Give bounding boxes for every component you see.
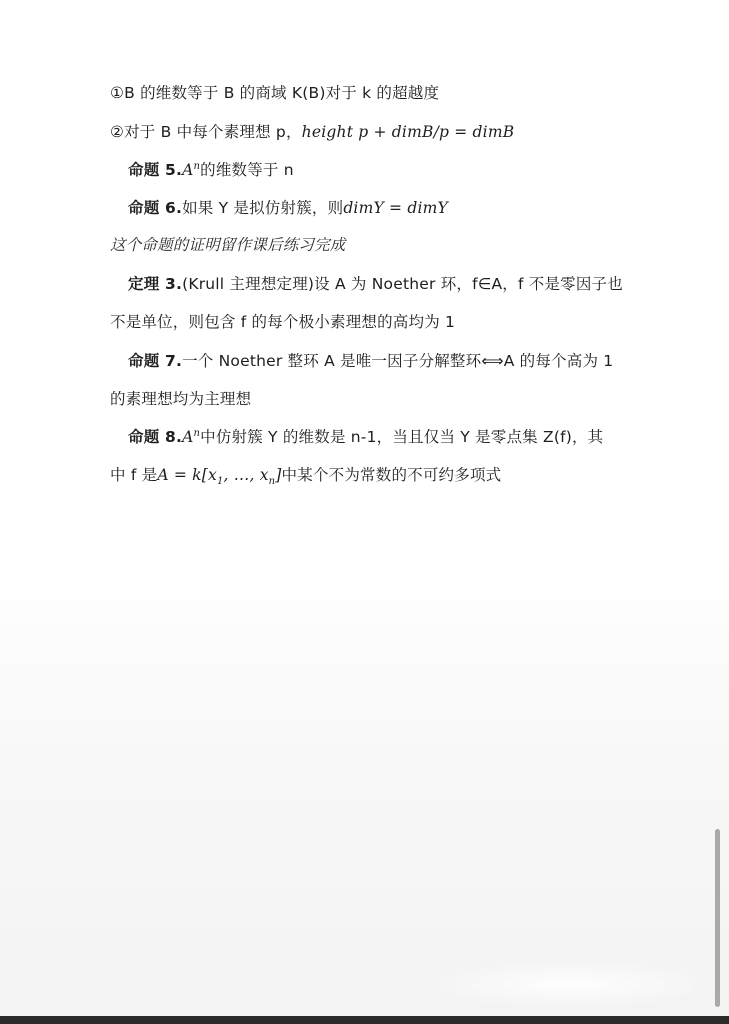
proposition-6-text: 如果 Y 是拟仿射簇，则 [182, 199, 343, 217]
proposition-5-text: 的维数等于 n [200, 161, 294, 179]
circled-two: ② [110, 123, 124, 141]
proposition-7-label: 命题 7. [128, 352, 182, 370]
proposition-8-text-pre: 中 f 是 [110, 466, 157, 484]
proposition-6-label: 命题 6. [128, 199, 182, 217]
proposition-6-formula: dimY = dimY [343, 199, 448, 217]
proposition-8-continued: 中 f 是A = k[x1, …, xn]中某个不为常数的不可约多项式 [110, 465, 501, 485]
proposition-8: 命题 8.An中仿射簇 Y 的维数是 n-1，当且仅当 Y 是零点集 Z(f)，… [128, 427, 603, 447]
proposition-6: 命题 6.如果 Y 是拟仿射簇，则dimY = dimY [128, 198, 448, 218]
proposition-7: 命题 7.一个 Noether 整环 A 是唯一因子分解整环⟺A 的每个高为 1 [128, 351, 613, 371]
theorem-3-continued: 不是单位，则包含 f 的每个极小素理想的高均为 1 [110, 312, 455, 332]
item-1: ①B 的维数等于 B 的商域 K(B)对于 k 的超越度 [110, 83, 439, 103]
proposition-7-text: 一个 Noether 整环 A 是唯一因子分解整环⟺A 的每个高为 1 [182, 352, 613, 370]
proposition-8-text: 中仿射簇 Y 的维数是 n-1，当且仅当 Y 是零点集 Z(f)，其 [200, 428, 603, 446]
exercise-note: 这个命题的证明留作课后练习完成 [110, 235, 346, 255]
proposition-5-math: An [182, 161, 200, 179]
circled-one: ① [110, 84, 124, 102]
document-page: ①B 的维数等于 B 的商域 K(B)对于 k 的超越度 ②对于 B 中每个素理… [0, 0, 729, 1010]
theorem-3: 定理 3.(Krull 主理想定理)设 A 为 Noether 环，f∈A，f … [128, 274, 623, 294]
item-2-text: 对于 B 中每个素理想 p， [124, 123, 302, 141]
item-2: ②对于 B 中每个素理想 p，height p + dimB/p = dimB [110, 122, 514, 142]
item-1-text: B 的维数等于 B 的商域 K(B)对于 k 的超越度 [124, 84, 439, 102]
theorem-3-text-2: 不是单位，则包含 f 的每个极小素理想的高均为 1 [110, 313, 455, 331]
bottom-bar [0, 1016, 729, 1024]
proposition-5-label: 命题 5. [128, 161, 182, 179]
proposition-8-label: 命题 8. [128, 428, 182, 446]
polynomial-ring-formula: A = k[x1, …, xn] [157, 466, 281, 484]
item-2-formula: height p + dimB/p = dimB [302, 123, 515, 141]
exercise-note-text: 这个命题的证明留作课后练习完成 [110, 236, 346, 254]
screen-glare [420, 960, 720, 1010]
proposition-7-text-2: 的素理想均为主理想 [110, 390, 251, 408]
proposition-8-text-post: 中某个不为常数的不可约多项式 [282, 466, 502, 484]
proposition-5: 命题 5.An的维数等于 n [128, 160, 294, 180]
proposition-8-math: An [182, 428, 200, 446]
vertical-scrollbar[interactable] [715, 829, 720, 1007]
proposition-7-continued: 的素理想均为主理想 [110, 389, 251, 409]
theorem-3-text: (Krull 主理想定理)设 A 为 Noether 环，f∈A，f 不是零因子… [182, 275, 623, 293]
theorem-3-label: 定理 3. [128, 275, 182, 293]
